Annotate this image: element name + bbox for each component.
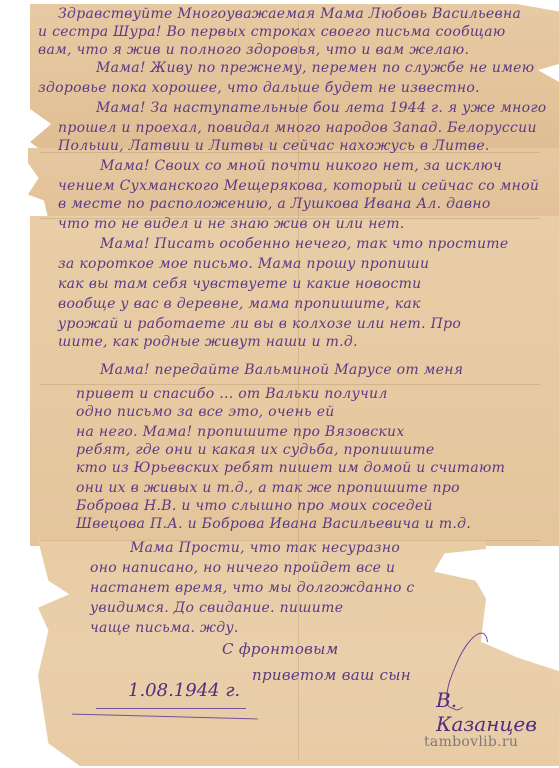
letter-line: они их в живых и т.д., а так же пропишит…	[76, 480, 460, 496]
letter-line: на него. Мама! пропишите про Вязовских	[76, 424, 405, 440]
letter-line: одно письмо за все это, очень ей	[76, 404, 335, 420]
letter-line: кто из Юрьевских ребят пишет им домой и …	[76, 460, 505, 476]
letter-line: шите, как родные живут наши и т.д.	[58, 334, 358, 350]
letter-line: Мама Прости, что так несуразно	[130, 540, 400, 556]
letter-line: как вы там себя чувствуете и какие новос…	[58, 276, 422, 292]
letter-line: вообще у вас в деревне, мама пропишите, …	[58, 296, 421, 312]
letter-line: вам, что я жив и полного здоровья, что и…	[38, 42, 469, 58]
letter-line: в месте по расположению, а Лушкова Ивана…	[58, 196, 491, 212]
letter-line: чаще письма. жду.	[90, 620, 239, 636]
signature: В. Казанцев	[436, 688, 559, 736]
letter-line: здоровье пока хорошее, что дальше будет …	[38, 80, 480, 96]
letter-line: Мама! передайте Вальминой Марусе от меня	[100, 362, 463, 378]
letter-line: ребят, где они и какая их судьба, пропиш…	[76, 442, 434, 458]
letter-line: настанет время, что мы долгожданно с	[90, 580, 415, 596]
letter-line: увидимся. До свидание. пишите	[90, 600, 343, 616]
letter-line: что то не видел и не знаю жив он или нет…	[58, 216, 405, 232]
letter-line: Швецова П.А. и Боброва Ивана Васильевича…	[76, 516, 471, 532]
watermark: tambovlib.ru	[424, 734, 518, 750]
letter-line: Боброва Н.В. и что слышно про моих сосед…	[76, 498, 433, 514]
letter-line: Польши, Латвии и Литвы и сейчас нахожусь…	[58, 138, 490, 154]
date-underline	[96, 708, 246, 709]
letter-line: Мама! Писать особенно нечего, так что пр…	[100, 236, 508, 252]
paper-fold-horizontal	[40, 384, 540, 385]
letter-line: и сестра Шура! Во первых строках своего …	[38, 24, 506, 40]
letter-scan: Здравствуйте Многоуважаемая Мама Любовь …	[0, 0, 559, 768]
letter-line: прошел и проехал, повидал много народов …	[58, 120, 537, 136]
letter-line: Мама! За наступательные бои лета 1944 г.…	[96, 100, 546, 116]
letter-line: чением Сухманского Мещерякова, который и…	[58, 178, 539, 194]
letter-line: Мама! Своих со мной почти никого нет, за…	[100, 158, 502, 174]
letter-line: привет и спасибо ... от Вальки получил	[76, 386, 388, 402]
letter-line: урожай и работаете ли вы в колхозе или н…	[58, 316, 461, 332]
letter-date: 1.08.1944 г.	[128, 680, 240, 701]
letter-line: оно написано, но ничего пройдет все и	[90, 560, 395, 576]
letter-line: Здравствуйте Многоуважаемая Мама Любовь …	[58, 6, 521, 22]
letter-line: Мама! Живу по прежнему, перемен по служб…	[96, 60, 534, 76]
closing-line-1: С фронтовым	[222, 640, 338, 658]
letter-line: за короткое мое письмо. Мама прошу пропи…	[58, 256, 429, 272]
closing-line-2: приветом ваш сын	[252, 666, 411, 684]
